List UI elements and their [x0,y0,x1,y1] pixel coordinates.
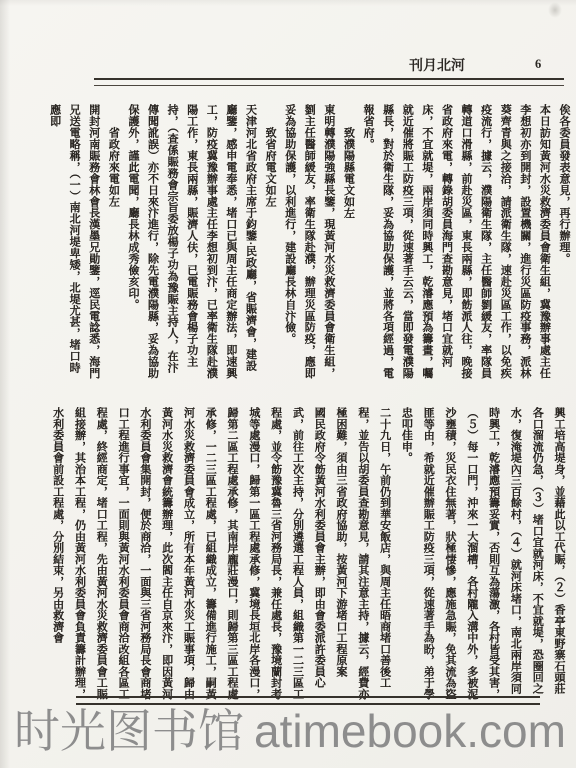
text-block-bottom: 興工培高堤身，並藉此以工代賑，（２）香亭東野寨石頭莊各口溜流仍急，（３）堵口宜就… [46,407,569,700]
paragraph: 東明轉濮陽強縣長鑒，現黃河水災救濟委員會衛生組，劉主任醫師緩友，率衛生隊赴濮，辦… [279,104,338,381]
paragraph: 興工培高堤身，並藉此以工代賑，（２）香亭東野寨石頭莊各口溜流仍急，（３）堵口宜就… [395,407,569,700]
telegram-heading: 省政府來電如左 [103,104,123,381]
watermark: 时光图书馆atimebook.com [14,703,576,759]
paragraph: 本日訪知黃河水災救濟委員會衛生組，冀豫辦事處主任李想初亦到開封，設置機關，進行災… [357,104,553,381]
paragraph: 國民政府令飭黃河水利委員會主辦，即由會委派許委員心武，前往工次主持，分別遴選工程… [46,407,329,700]
watermark-site-name: 时光图书馆 [14,705,244,757]
watermark-site-url: atimebook.com [254,705,566,757]
page-number: 6 [535,57,541,72]
journal-title: 刊月北河 [409,55,465,75]
telegram-heading: 致省府電文如左 [260,104,280,381]
text-block-top: 俟各委員發表意見，再行辦理。 本日訪知黃河水災救濟委員會衛生組，冀豫辦事處主任李… [40,104,573,381]
scan-edge-shadow-top [0,0,576,6]
journal-masthead: 刊月北河 [409,55,515,75]
scanned-journal-page: 刊月北河 6 俟各委員發表意見，再行辦理。 本日訪知黃河水災救濟委員會衛生組，冀… [0,0,576,768]
paragraph: 開封河南賑務會林會長漢墨兄勛鑒，逕民電諗悉，海門兄送電略稱，（一）南北河堤卑矮，… [44,104,103,381]
paragraph: 俟各委員發表意見，再行辦理。 [553,104,573,381]
scan-edge-shadow [0,0,10,768]
paragraph: 二十九日，午前仍到華安飯店，與周主任晤商堵口善後工程，並告以胡委員查勘意見，請其… [329,407,394,700]
telegram-heading: 致濮陽縣電文如左 [338,104,358,381]
header-rule [94,78,564,86]
scan-smudge [548,2,562,18]
paragraph: 天津河北省政府主席于鈞鑒·民政廳，省賑濟會，建設廳鑒，感申電奉悉，堵口已與周主任… [122,104,259,381]
